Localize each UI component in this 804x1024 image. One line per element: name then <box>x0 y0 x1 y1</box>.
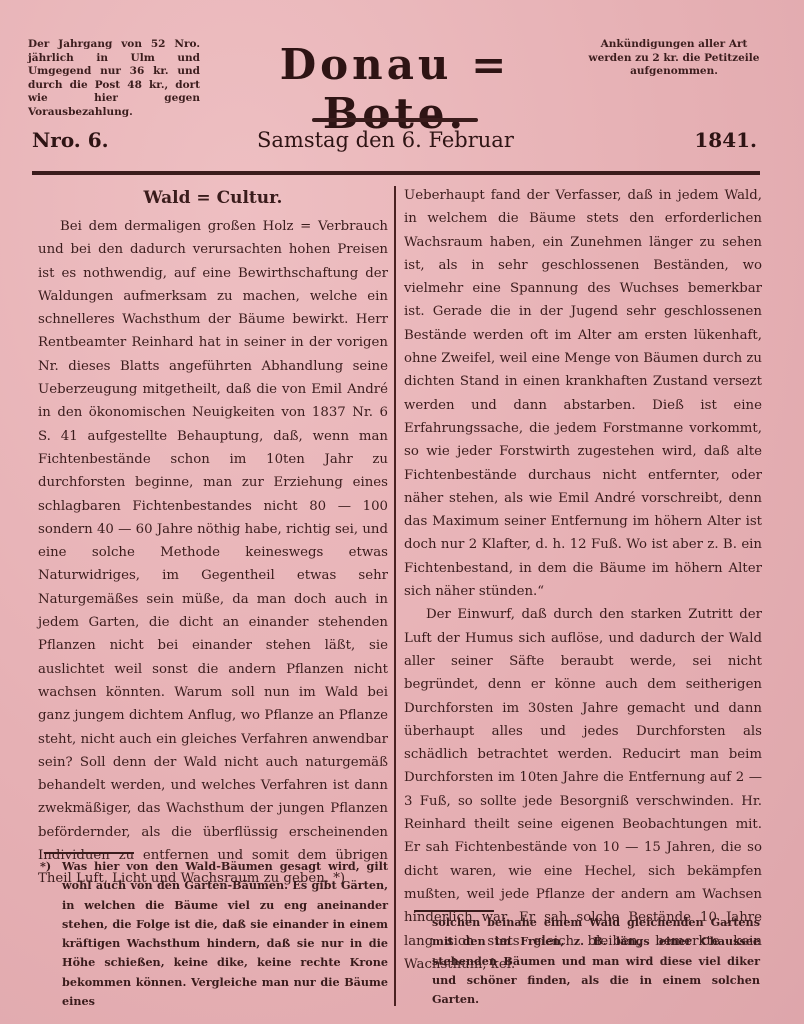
header-rule <box>32 171 760 175</box>
footnote-text: Was hier von den Wald-Bäumen gesagt wird… <box>62 857 388 1011</box>
issue-date: Samstag den 6. Februar <box>257 128 514 152</box>
newspaper-page: Der Jahrgang von 52 Nro. jährlich in Ulm… <box>0 0 804 1024</box>
left-column: Wald = Cultur. Bei dem dermaligen großen… <box>38 185 388 891</box>
footnote-rule <box>44 852 134 854</box>
column-divider <box>394 186 396 1006</box>
title-ornament-rule <box>312 118 478 122</box>
advertising-note: Ankündigungen aller Art werden zu 2 kr. … <box>585 38 763 79</box>
article-paragraph: Bei dem dermaligen großen Holz = Verbrau… <box>38 215 388 891</box>
issue-year: 1841. <box>694 128 757 152</box>
footnote-rule-right <box>414 910 494 912</box>
footnote-mark: *) <box>40 857 62 876</box>
subscription-note: Der Jahrgang von 52 Nro. jährlich in Ulm… <box>28 38 200 119</box>
issue-number: Nro. 6. <box>32 128 109 152</box>
article-paragraph: Ueberhaupt fand der Verfasser, daß in je… <box>404 184 762 603</box>
article-heading: Wald = Cultur. <box>38 185 388 211</box>
footnote-continuation: solchen beinahe einem Wald gleichenden G… <box>432 913 760 1009</box>
newspaper-title: Donau = Bote. <box>210 40 580 138</box>
right-column: Ueberhaupt fand der Verfasser, daß in je… <box>404 184 762 976</box>
footnote-left: *) Was hier von den Wald-Bäumen gesagt w… <box>40 857 388 1011</box>
dateline: Nro. 6. Samstag den 6. Februar 1841. <box>32 128 757 158</box>
